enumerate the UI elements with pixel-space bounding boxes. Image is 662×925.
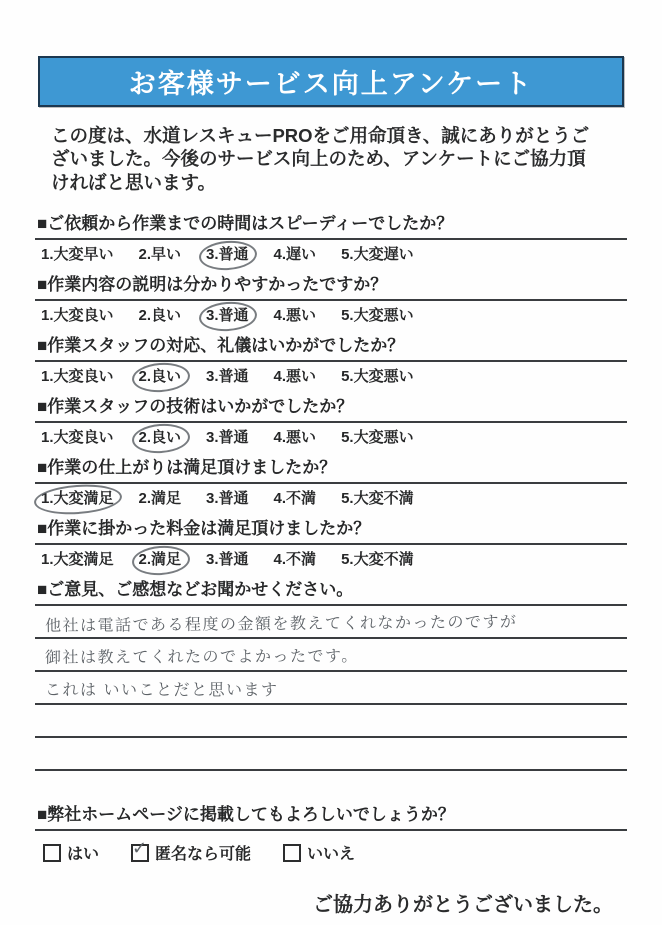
answer-options-row: 1.大変良い2.良い3.普通4.悪い5.大変悪い	[35, 301, 627, 327]
publish-permission-section: ■弊社ホームページに掲載してもよろしいでしょうか？ はい✓匿名なら可能いいえ	[35, 805, 627, 864]
answer-option: 4.悪い	[274, 429, 317, 447]
survey-sheet: お客様サービス向上アンケート この度は、水道レスキューPROをご用命頂き、誠にあ…	[0, 0, 662, 925]
comments-section: ■ご意見、ご感想などお聞かせください。 他社は電話である程度の金額を教えてくれな…	[35, 580, 627, 771]
answer-option: 5.大変遅い	[341, 246, 414, 264]
checkbox-checked-icon: ✓	[131, 844, 149, 862]
handwritten-text: 御社は教えてくれたのでよかったです。	[45, 644, 359, 669]
answer-option: 3.普通	[206, 551, 249, 569]
answer-option: 2.良い	[139, 307, 182, 325]
publish-option: いいえ	[283, 841, 355, 864]
answer-option: 4.不満	[274, 490, 317, 508]
selected-answer-circled: 2.良い	[139, 368, 182, 386]
question-block: ■作業内容の説明は分かりやすかったですか？1.大変良い2.良い3.普通4.悪い5…	[35, 275, 627, 327]
question-label: ■作業の仕上がりは満足頂けましたか？	[35, 458, 627, 484]
comment-line: 御社は教えてくれたのでよかったです。	[35, 639, 627, 672]
publish-option-label: 匿名なら可能	[155, 841, 251, 864]
question-block: ■作業の仕上がりは満足頂けましたか？1.大変満足2.満足3.普通4.不満5.大変…	[35, 458, 627, 510]
publish-options-row: はい✓匿名なら可能いいえ	[35, 831, 627, 864]
question-block: ■ご依頼から作業までの時間はスピーディーでしたか？1.大変早い2.早い3.普通4…	[35, 214, 627, 266]
comment-line: 他社は電話である程度の金額を教えてくれなかったのですが	[35, 606, 627, 639]
answer-option: 1.大変良い	[41, 368, 114, 386]
comment-line: これは いいことだと思います	[35, 672, 627, 705]
selected-answer-circled: 3.普通	[206, 246, 249, 264]
answer-option: 5.大変悪い	[341, 429, 414, 447]
answer-options-row: 1.大変満足2.満足3.普通4.不満5.大変不満	[35, 545, 627, 571]
answer-option: 3.普通	[206, 490, 249, 508]
comment-line-empty	[35, 705, 627, 738]
answer-option: 5.大変不満	[341, 490, 414, 508]
answer-option: 4.遅い	[274, 246, 317, 264]
question-label: ■作業に掛かった料金は満足頂けましたか？	[35, 519, 627, 545]
checkbox-icon	[283, 844, 301, 862]
answer-options-row: 1.大変良い2.良い3.普通4.悪い5.大変悪い	[35, 423, 627, 449]
answer-option: 4.悪い	[274, 368, 317, 386]
comment-line-empty	[35, 738, 627, 771]
question-block: ■作業に掛かった料金は満足頂けましたか？1.大変満足2.満足3.普通4.不満5.…	[35, 519, 627, 571]
closing-text: ご協力ありがとうございました。	[35, 888, 627, 917]
answer-option: 5.大変不満	[341, 551, 414, 569]
answer-options-row: 1.大変満足2.満足3.普通4.不満5.大変不満	[35, 484, 627, 510]
intro-paragraph: この度は、水道レスキューPROをご用命頂き、誠にありがとうご ざいました。今後の…	[51, 124, 623, 194]
answer-option: 5.大変悪い	[341, 307, 414, 325]
answer-option: 1.大変早い	[41, 246, 114, 264]
handwritten-text: 他社は電話である程度の金額を教えてくれなかったのですが	[45, 609, 518, 636]
answer-option: 1.大変満足	[41, 551, 114, 569]
comments-label: ■ご意見、ご感想などお聞かせください。	[35, 580, 627, 606]
publish-option-label: はい	[67, 841, 99, 864]
handwritten-text: これは いいことだと思います	[45, 677, 278, 700]
comments-write-area: 他社は電話である程度の金額を教えてくれなかったのですが御社は教えてくれたのでよか…	[35, 606, 627, 771]
survey-title: お客様サービス向上アンケート	[129, 62, 533, 101]
answer-option: 3.普通	[206, 368, 249, 386]
selected-answer-circled: 2.良い	[139, 429, 182, 447]
questions-list: ■ご依頼から作業までの時間はスピーディーでしたか？1.大変早い2.早い3.普通4…	[35, 214, 627, 571]
answer-options-row: 1.大変早い2.早い3.普通4.遅い5.大変遅い	[35, 240, 627, 266]
answer-options-row: 1.大変良い2.良い3.普通4.悪い5.大変悪い	[35, 362, 627, 388]
question-label: ■作業スタッフの対応、礼儀はいかがでしたか？	[35, 336, 627, 362]
question-block: ■作業スタッフの技術はいかがでしたか？1.大変良い2.良い3.普通4.悪い5.大…	[35, 397, 627, 449]
selected-answer-circled: 2.満足	[139, 551, 182, 569]
answer-option: 2.満足	[139, 490, 182, 508]
answer-option: 4.不満	[274, 551, 317, 569]
answer-option: 1.大変良い	[41, 429, 114, 447]
answer-option: 3.普通	[206, 429, 249, 447]
publish-label: ■弊社ホームページに掲載してもよろしいでしょうか？	[35, 805, 627, 831]
survey-title-banner: お客様サービス向上アンケート	[38, 56, 624, 107]
publish-option-label: いいえ	[307, 841, 355, 864]
publish-option: ✓匿名なら可能	[131, 841, 251, 864]
selected-answer-circled: 3.普通	[206, 307, 249, 325]
question-block: ■作業スタッフの対応、礼儀はいかがでしたか？1.大変良い2.良い3.普通4.悪い…	[35, 336, 627, 388]
checkbox-icon	[43, 844, 61, 862]
answer-option: 5.大変悪い	[341, 368, 414, 386]
question-label: ■作業内容の説明は分かりやすかったですか？	[35, 275, 627, 301]
handwritten-check-mark: ✓	[132, 838, 147, 859]
answer-option: 1.大変良い	[41, 307, 114, 325]
selected-answer-circled: 1.大変満足	[41, 490, 114, 508]
question-label: ■作業スタッフの技術はいかがでしたか？	[35, 397, 627, 423]
question-label: ■ご依頼から作業までの時間はスピーディーでしたか？	[35, 214, 627, 240]
answer-option: 2.早い	[139, 246, 182, 264]
answer-option: 4.悪い	[274, 307, 317, 325]
publish-option: はい	[43, 841, 99, 864]
